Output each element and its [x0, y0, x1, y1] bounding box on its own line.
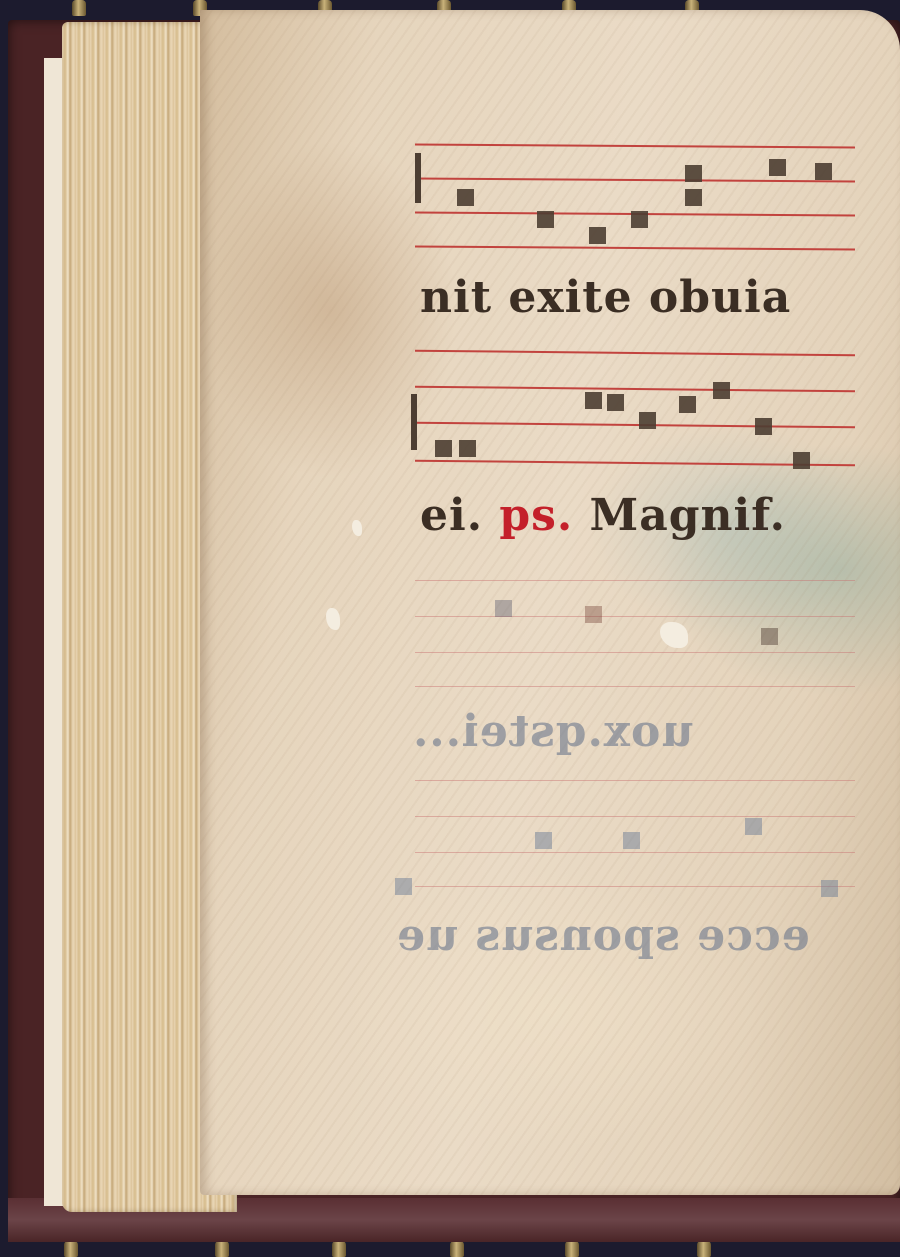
- binding-stud: [565, 1241, 579, 1257]
- neume: [395, 878, 412, 895]
- neume: [685, 165, 702, 182]
- show-through-text-2: ecce sponsus ue: [396, 910, 810, 961]
- neume: [745, 818, 762, 835]
- music-staff-4-faint: [415, 780, 855, 890]
- binding-stud: [215, 1241, 229, 1257]
- binding-stud: [72, 0, 86, 16]
- neume: [755, 418, 772, 435]
- parchment-damage: [352, 520, 362, 536]
- neume: [815, 163, 832, 180]
- neume: [607, 394, 624, 411]
- show-through-text-1: uox.qstei...: [412, 706, 693, 757]
- lyric-text: Magnif.: [590, 490, 786, 541]
- lyric-line-2: ei. ps. Magnif.: [420, 490, 786, 541]
- neume: [769, 159, 786, 176]
- neume: [631, 211, 648, 228]
- neume: [685, 189, 702, 206]
- rubric-psalm: ps.: [499, 490, 573, 541]
- neume: [495, 600, 512, 617]
- neume: [639, 412, 656, 429]
- music-staff-2: [415, 352, 855, 472]
- neume: [459, 440, 476, 457]
- neume: [435, 440, 452, 457]
- parchment-leaf: nit exite obuia ei. ps. Magnif. uox.qste…: [200, 10, 900, 1195]
- neume: [457, 189, 474, 206]
- neume: [713, 382, 730, 399]
- neume: [585, 606, 602, 623]
- neume: [821, 880, 838, 897]
- c-clef-icon: [415, 153, 421, 203]
- binding-stud: [64, 1241, 78, 1257]
- neume: [585, 392, 602, 409]
- neume: [537, 211, 554, 228]
- binding-stud: [450, 1241, 464, 1257]
- neume: [793, 452, 810, 469]
- c-clef-icon: [411, 394, 417, 450]
- neume: [679, 396, 696, 413]
- binding-stud: [697, 1241, 711, 1257]
- neume: [535, 832, 552, 849]
- lyric-line-1: nit exite obuia: [420, 272, 791, 323]
- music-staff-3-faint: [415, 580, 855, 690]
- neume: [589, 227, 606, 244]
- lyric-text: ei.: [420, 490, 483, 541]
- neume: [761, 628, 778, 645]
- music-staff-1: [415, 145, 855, 255]
- binding-stud: [332, 1241, 346, 1257]
- neume: [623, 832, 640, 849]
